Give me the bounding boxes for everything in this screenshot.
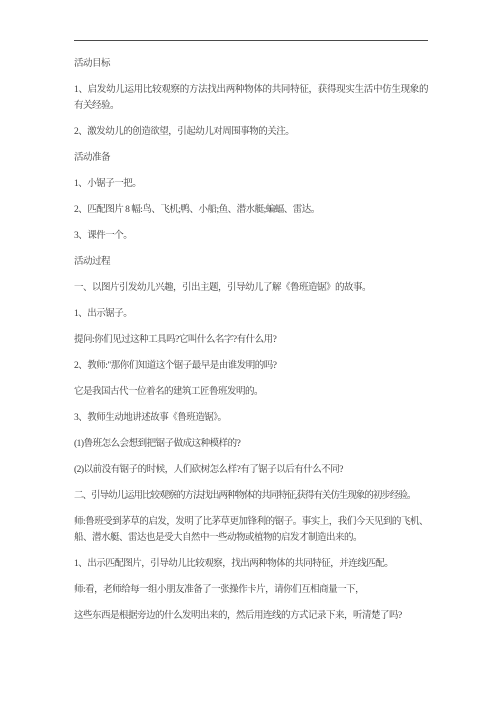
- paragraph: 1、出示匹配图片，引导幼儿比较观察，找出两种物体的共同特征，并连线匹配。: [74, 556, 428, 572]
- paragraph: 3、课件一个。: [74, 228, 428, 244]
- section-heading: 活动准备: [74, 150, 428, 166]
- paragraph: 二、引导幼儿运用比较观察的方法找出两种物体的共同特征,获得有关仿生现象的初步经验…: [74, 488, 428, 504]
- paragraph: (2)以前没有锯子的时候，人们砍树怎么样?有了锯子以后有什么不同?: [74, 462, 428, 478]
- paragraph: 提问:你们见过这种工具吗?它叫什么名字?有什么用?: [74, 332, 428, 348]
- section-activity-goals: 活动目标 1、启发幼儿运用比较观察的方法找出两种物体的共同特征，获得现实生活中仿…: [74, 56, 428, 140]
- paragraph: 2、匹配图片 8 幅:鸟、飞机;鸭、小船;鱼、潜水艇;蝙蝠、雷达。: [74, 202, 428, 218]
- section-heading: 活动目标: [74, 56, 428, 72]
- document-page: 活动目标 1、启发幼儿运用比较观察的方法找出两种物体的共同特征，获得现实生活中仿…: [0, 0, 500, 707]
- paragraph: 1、启发幼儿运用比较观察的方法找出两种物体的共同特征，获得现实生活中仿生现象的有…: [74, 82, 428, 114]
- paragraph: 2、激发幼儿的创造欲望，引起幼儿对周围事物的关注。: [74, 124, 428, 140]
- paragraph: 1、出示锯子。: [74, 306, 428, 322]
- paragraph: 师:看，老师给每一组小朋友准备了一张操作卡片，请你们互相商量一下，: [74, 582, 428, 598]
- paragraph: 一、以图片引发幼儿兴趣，引出主题，引导幼儿了解《鲁班造锯》的故事。: [74, 280, 428, 296]
- document-content: 活动目标 1、启发幼儿运用比较观察的方法找出两种物体的共同特征，获得现实生活中仿…: [74, 56, 428, 634]
- section-heading: 活动过程: [74, 254, 428, 270]
- paragraph: 2、教师:"那你们知道这个锯子最早是由谁发明的吗?: [74, 358, 428, 374]
- section-activity-preparation: 活动准备 1、小锯子一把。 2、匹配图片 8 幅:鸟、飞机;鸭、小船;鱼、潜水艇…: [74, 150, 428, 244]
- paragraph: 1、小锯子一把。: [74, 176, 428, 192]
- paragraph: 师:鲁班受到茅草的启发，发明了比茅草更加锋利的锯子。事实上，我们今天见到的飞机、…: [74, 514, 428, 546]
- paragraph: 这些东西是根据旁边的什么发明出来的，然后用连线的方式记录下来，听清楚了吗?: [74, 608, 428, 624]
- paragraph: 3、教师生动地讲述故事《鲁班造锯》。: [74, 410, 428, 426]
- section-activity-process: 活动过程 一、以图片引发幼儿兴趣，引出主题，引导幼儿了解《鲁班造锯》的故事。 1…: [74, 254, 428, 624]
- paragraph: (1)鲁班怎么会想到把锯子做成这种模样的?: [74, 436, 428, 452]
- paragraph: 它是我国古代一位着名的建筑工匠鲁班发明的。: [74, 384, 428, 400]
- top-rule-divider: [74, 40, 428, 41]
